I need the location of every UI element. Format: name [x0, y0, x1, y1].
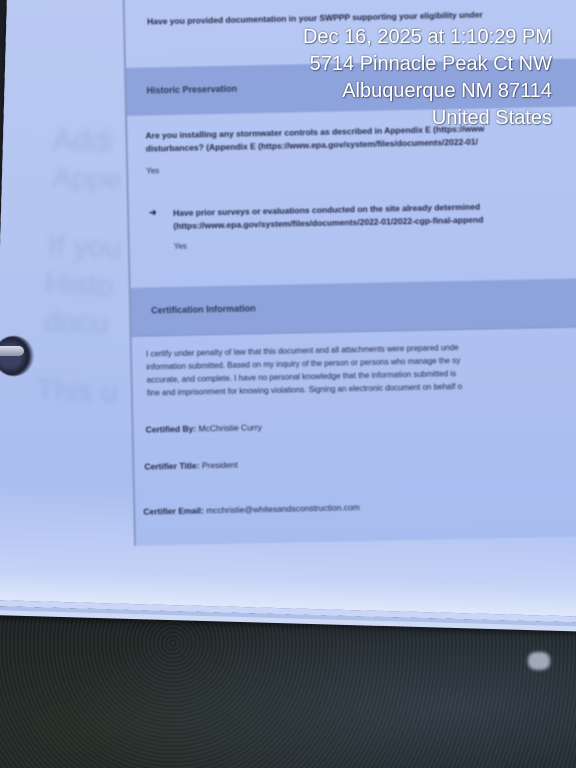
ghost-text-3: If you — [48, 227, 122, 267]
timestamp-country: United States — [303, 105, 552, 132]
section-title: Historic Preservation — [146, 84, 237, 96]
section-title: Certification Information — [151, 303, 256, 315]
field-value: mcchristie@whitesandsconstruction.com — [206, 502, 360, 515]
arrow-right-icon: ➜ — [149, 207, 157, 218]
timestamp-city: Albuquerque NM 87114 — [303, 78, 552, 105]
field-value: McChristie Curry — [198, 422, 261, 433]
ghost-text-6: This u — [36, 371, 119, 411]
binder-ring — [0, 346, 24, 356]
field-label: Certified By: — [146, 424, 197, 435]
answer-prior-surveys: Yes — [174, 230, 576, 253]
field-value: President — [202, 460, 238, 471]
timestamp-datetime: Dec 16, 2025 at 1:10:29 PM — [303, 24, 552, 51]
certifier-email-field: Certifier Email: mcchristie@whitesandsco… — [143, 496, 576, 517]
ghost-text-4: Histo — [44, 265, 113, 305]
answer-stormwater: Yes — [146, 155, 576, 178]
field-label: Certifier Title: — [144, 460, 199, 471]
ghost-text-1: Addi — [52, 122, 113, 162]
field-label: Certifier Email: — [143, 505, 204, 516]
photo-scene: Addi Appe If you Histo docu This u Have … — [0, 0, 576, 768]
certifier-title-field: Certifier Title: President — [144, 451, 576, 472]
ghost-text-2: Appe — [51, 160, 122, 200]
timestamp-overlay: Dec 16, 2025 at 1:10:29 PM 5714 Pinnacle… — [303, 24, 552, 132]
ghost-text-5: docu — [43, 303, 109, 343]
surface-speck — [528, 652, 550, 670]
timestamp-street: 5714 Pinnacle Peak Ct NW — [303, 51, 552, 78]
certified-by-field: Certified By: McChristie Curry — [146, 414, 576, 435]
